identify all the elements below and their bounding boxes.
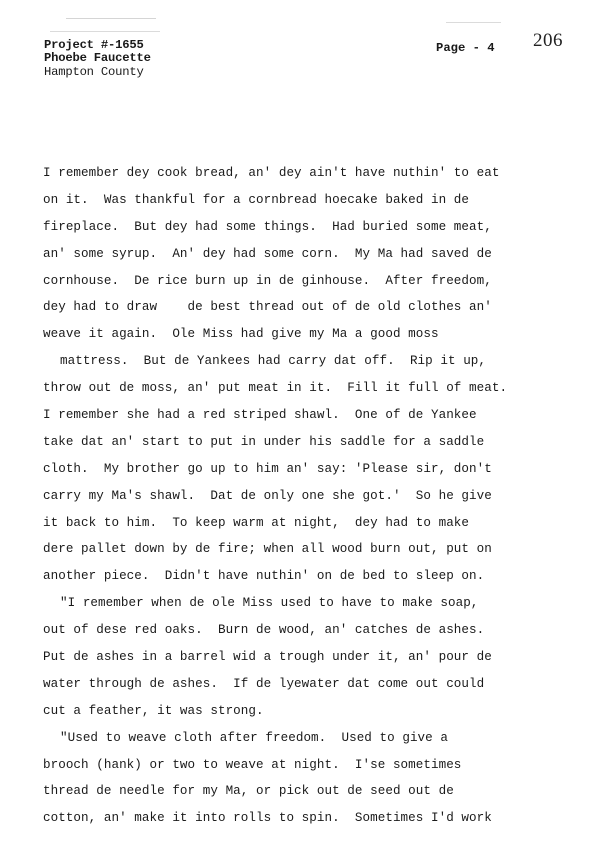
- text-line: on it. Was thankful for a cornbread hoec…: [43, 187, 583, 214]
- text-line: cotton, an' make it into rolls to spin. …: [43, 805, 583, 832]
- text-line: mattress. But de Yankees had carry dat o…: [43, 348, 583, 375]
- county-name: Hampton County: [44, 66, 151, 79]
- text-line: I remember she had a red striped shawl. …: [43, 402, 583, 429]
- text-line: an' some syrup. An' dey had some corn. M…: [43, 241, 583, 268]
- document-page: Project #-1655 Phoebe Faucette Hampton C…: [0, 0, 600, 854]
- text-line: brooch (hank) or two to weave at night. …: [43, 752, 583, 779]
- text-line: water through de ashes. If de lyewater d…: [43, 671, 583, 698]
- text-line: "Used to weave cloth after freedom. Used…: [43, 725, 583, 752]
- text-line: carry my Ma's shawl. Dat de only one she…: [43, 483, 583, 510]
- scan-artifact: [446, 22, 501, 23]
- text-line: thread de needle for my Ma, or pick out …: [43, 778, 583, 805]
- text-line: cloth. My brother go up to him an' say: …: [43, 456, 583, 483]
- page-label: Page - 4: [436, 41, 495, 55]
- text-line: Put de ashes in a barrel wid a trough un…: [43, 644, 583, 671]
- text-line: cornhouse. De rice burn up in de ginhous…: [43, 268, 583, 295]
- text-line: dere pallet down by de fire; when all wo…: [43, 536, 583, 563]
- informant-name: Phoebe Faucette: [44, 52, 151, 65]
- text-line: throw out de moss, an' put meat in it. F…: [43, 375, 583, 402]
- text-line: out of dese red oaks. Burn de wood, an' …: [43, 617, 583, 644]
- document-header: Project #-1655 Phoebe Faucette Hampton C…: [44, 39, 151, 79]
- text-line: weave it again. Ole Miss had give my Ma …: [43, 321, 583, 348]
- text-line: I remember dey cook bread, an' dey ain't…: [43, 160, 583, 187]
- text-line: dey had to draw de best thread out of de…: [43, 294, 583, 321]
- scan-artifact: [50, 31, 160, 32]
- project-number: Project #-1655: [44, 39, 151, 52]
- text-line: it back to him. To keep warm at night, d…: [43, 510, 583, 537]
- text-line: another piece. Didn't have nuthin' on de…: [43, 563, 583, 590]
- transcript-body: I remember dey cook bread, an' dey ain't…: [43, 160, 583, 832]
- scan-artifact: [66, 18, 156, 19]
- text-line: "I remember when de ole Miss used to hav…: [43, 590, 583, 617]
- text-line: cut a feather, it was strong.: [43, 698, 583, 725]
- text-line: take dat an' start to put in under his s…: [43, 429, 583, 456]
- text-line: fireplace. But dey had some things. Had …: [43, 214, 583, 241]
- folio-number: 206: [533, 30, 563, 52]
